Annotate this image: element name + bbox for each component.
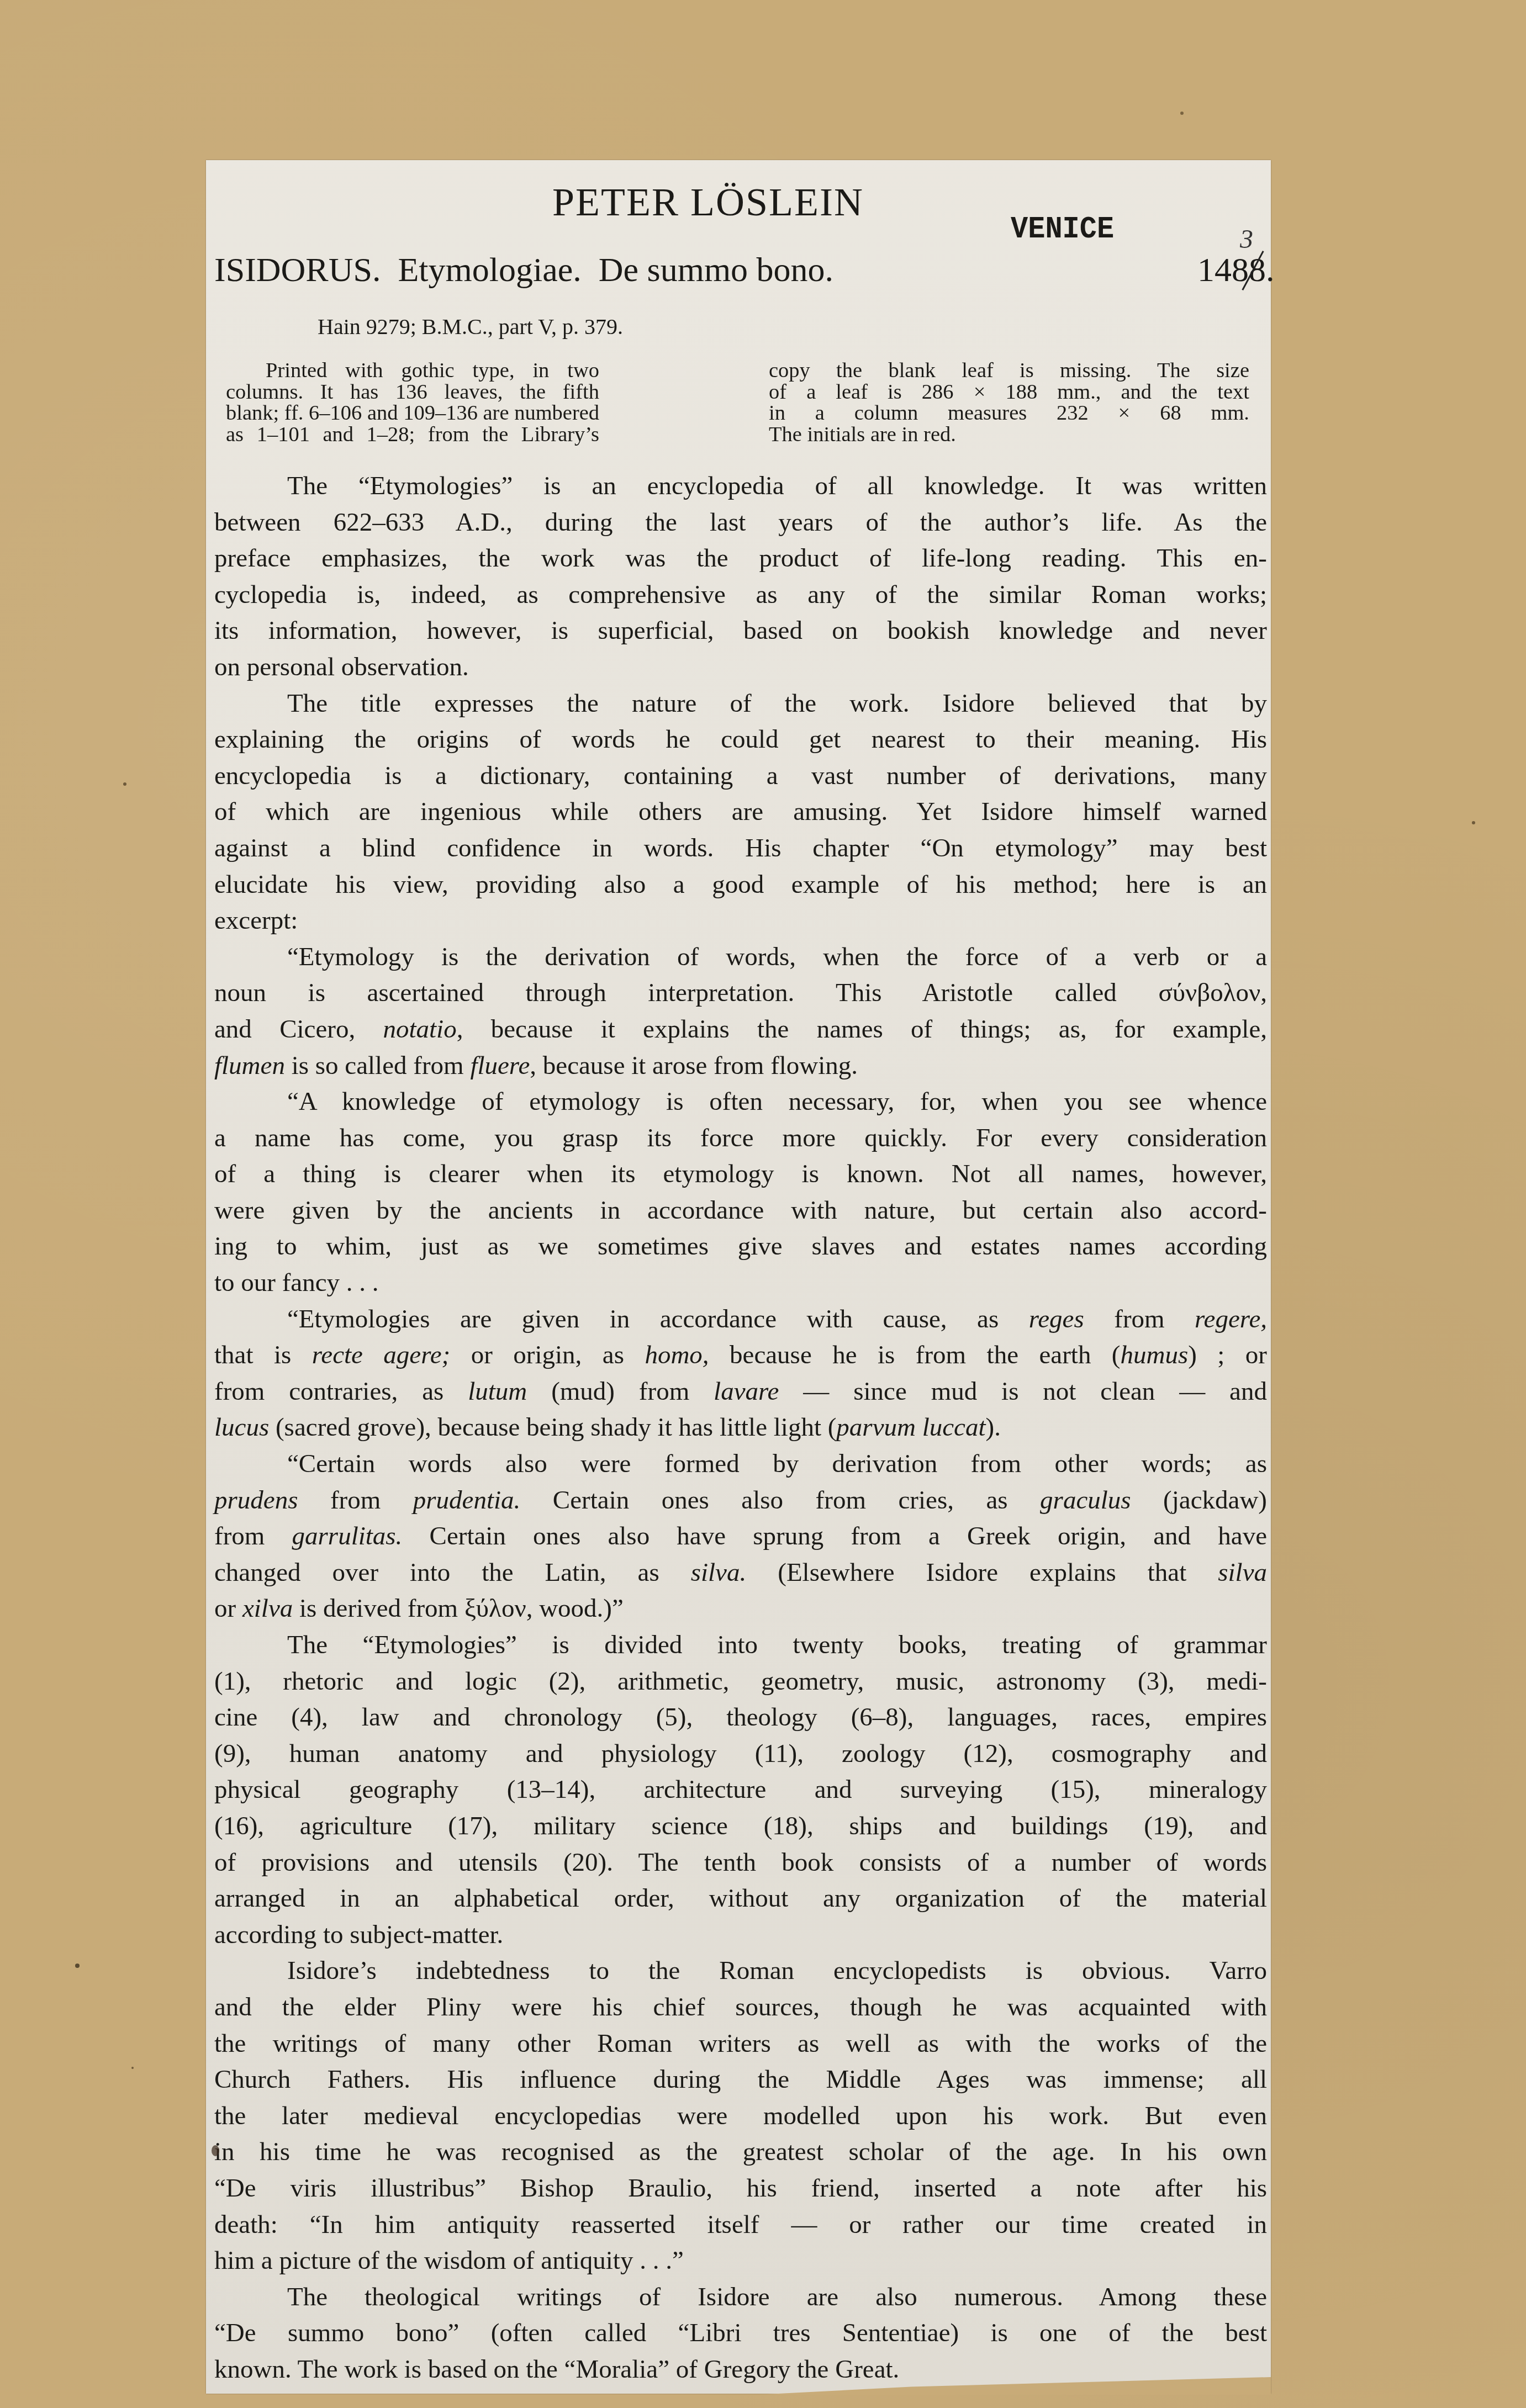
text-line: encyclopedia is a dictionary, containing… bbox=[214, 758, 1267, 795]
text-line: Church Fathers. His influence during the… bbox=[214, 2062, 1267, 2098]
text-line: were given by the ancients in accordance… bbox=[214, 1193, 1267, 1229]
text-line: The “Etymologies” is divided into twenty… bbox=[214, 1627, 1267, 1664]
description-line: columns. It has 136 leaves, the fifth bbox=[226, 382, 599, 403]
description-line: Printed with gothic type, in two bbox=[226, 360, 599, 382]
text-line: on personal observation. bbox=[214, 649, 1267, 686]
entry-heading: ISIDORUS. Etymologiae. De summo bono. bbox=[214, 253, 833, 287]
year-prefix: 148 bbox=[1197, 251, 1249, 289]
text-line: explaining the origins of words he could… bbox=[214, 722, 1267, 758]
paragraph: The “Etymologies” is divided into twenty… bbox=[214, 1627, 1267, 1953]
text-line: the writings of many other Roman writers… bbox=[214, 2026, 1267, 2062]
text-line: or xilva is derived from ξύλον, wood.)” bbox=[214, 1591, 1267, 1627]
text-line: that is recte agere; or origin, as homo,… bbox=[214, 1337, 1267, 1374]
text-line: (1), rhetoric and logic (2), arithmetic,… bbox=[214, 1664, 1267, 1700]
text-line: prudens from prudentia. Certain ones als… bbox=[214, 1483, 1267, 1519]
text-line: its information, however, is superficial… bbox=[214, 613, 1267, 649]
text-line: arranged in an alphabetical order, witho… bbox=[214, 1881, 1267, 1917]
bibliographic-references: Hain 9279; B.M.C., part V, p. 379. bbox=[318, 316, 623, 338]
text-line: death: “In him antiquity reasserted itse… bbox=[214, 2207, 1267, 2243]
text-line: “Certain words also were formed by deriv… bbox=[214, 1446, 1267, 1483]
printer-name: PETER LÖSLEIN bbox=[552, 182, 864, 222]
paragraph: “Etymologies are given in accordance wit… bbox=[214, 1301, 1267, 1446]
text-line: from garrulitas. Certain ones also have … bbox=[214, 1518, 1267, 1555]
text-line: known. The work is based on the “Moralia… bbox=[214, 2352, 1267, 2388]
body-text: The “Etymologies” is an encyclopedia of … bbox=[214, 468, 1267, 2388]
text-line: between 622–633 A.D., during the last ye… bbox=[214, 505, 1267, 541]
text-line: from contraries, as lutum (mud) from lav… bbox=[214, 1374, 1267, 1410]
text-line: noun is ascertained through interpretati… bbox=[214, 975, 1267, 1012]
text-line: The “Etymologies” is an encyclopedia of … bbox=[214, 468, 1267, 505]
text-line: and Cicero, notatio, because it explains… bbox=[214, 1012, 1267, 1048]
description-column-left: Printed with gothic type, in twocolumns.… bbox=[226, 360, 599, 445]
entry-year: 1488. bbox=[1197, 253, 1275, 287]
text-line: and the elder Pliny were his chief sourc… bbox=[214, 1989, 1267, 2026]
text-line: ing to whim, just as we sometimes give s… bbox=[214, 1229, 1267, 1265]
text-line: excerpt: bbox=[214, 903, 1267, 939]
text-line: to our fancy . . . bbox=[214, 1265, 1267, 1301]
text-line: in his time he was recognised as the gre… bbox=[214, 2134, 1267, 2171]
text-line: according to subject-matter. bbox=[214, 1917, 1267, 1954]
text-line: “De viris illustribus” Bishop Braulio, h… bbox=[214, 2171, 1267, 2207]
paragraph: “Certain words also were formed by deriv… bbox=[214, 1446, 1267, 1627]
text-line: elucidate his view, providing also a goo… bbox=[214, 867, 1267, 903]
text-line: “Etymologies are given in accordance wit… bbox=[214, 1301, 1267, 1338]
ink-blot bbox=[212, 2145, 219, 2156]
paragraph: The theological writings of Isidore are … bbox=[214, 2279, 1267, 2388]
text-line: “De summo bono” (often called “Libri tre… bbox=[214, 2315, 1267, 2352]
text-line: of provisions and utensils (20). The ten… bbox=[214, 1845, 1267, 1881]
description-line: blank; ff. 6–106 and 109–136 are numbere… bbox=[226, 403, 599, 424]
paragraph: The title expresses the nature of the wo… bbox=[214, 686, 1267, 939]
text-line: preface emphasizes, the work was the pro… bbox=[214, 541, 1267, 577]
text-line: physical geography (13–14), architecture… bbox=[214, 1772, 1267, 1808]
text-line: him a picture of the wisdom of antiquity… bbox=[214, 2243, 1267, 2279]
text-line: cine (4), law and chronology (5), theolo… bbox=[214, 1700, 1267, 1736]
text-line: (16), agriculture (17), military science… bbox=[214, 1808, 1267, 1845]
paragraph: Isidore’s indebtedness to the Roman ency… bbox=[214, 1953, 1267, 2279]
description-line: The initials are in red. bbox=[769, 424, 1249, 446]
text-line: of which are ingenious while others are … bbox=[214, 794, 1267, 830]
description-line: of a leaf is 286 × 188 mm., and the text bbox=[769, 382, 1249, 403]
description-column-right: copy the blank leaf is missing. The size… bbox=[769, 360, 1249, 445]
paragraph: The “Etymologies” is an encyclopedia of … bbox=[214, 468, 1267, 686]
text-line: the later medieval encyclopedias were mo… bbox=[214, 2098, 1267, 2135]
text-line: lucus (sacred grove), because being shad… bbox=[214, 1410, 1267, 1446]
text-line: changed over into the Latin, as silva. (… bbox=[214, 1555, 1267, 1591]
city-stamp: VENICE bbox=[1011, 215, 1114, 245]
text-line: “Etymology is the derivation of words, w… bbox=[214, 939, 1267, 976]
paragraph: “Etymology is the derivation of words, w… bbox=[214, 939, 1267, 1084]
text-line: of a thing is clearer when its etymology… bbox=[214, 1156, 1267, 1193]
description-line: as 1–101 and 1–28; from the Library’s bbox=[226, 424, 599, 446]
text-line: flumen is so called from fluere, because… bbox=[214, 1048, 1267, 1084]
paragraph: “A knowledge of etymology is often neces… bbox=[214, 1084, 1267, 1301]
text-line: against a blind confidence in words. His… bbox=[214, 830, 1267, 867]
description-line: in a column measures 232 × 68 mm. bbox=[769, 403, 1249, 424]
year-suffix: . bbox=[1266, 251, 1275, 289]
text-line: The title expresses the nature of the wo… bbox=[214, 686, 1267, 722]
text-line: The theological writings of Isidore are … bbox=[214, 2279, 1267, 2316]
year-struck-digit: 8 bbox=[1249, 253, 1266, 287]
text-line: (9), human anatomy and physiology (11), … bbox=[214, 1736, 1267, 1772]
description-line: copy the blank leaf is missing. The size bbox=[769, 360, 1249, 382]
handwritten-year-correction: 3 bbox=[1240, 226, 1253, 253]
text-line: cyclopedia is, indeed, as comprehensive … bbox=[214, 577, 1267, 613]
text-line: “A knowledge of etymology is often neces… bbox=[214, 1084, 1267, 1120]
text-line: a name has come, you grasp its force mor… bbox=[214, 1120, 1267, 1157]
text-line: Isidore’s indebtedness to the Roman ency… bbox=[214, 1953, 1267, 1989]
